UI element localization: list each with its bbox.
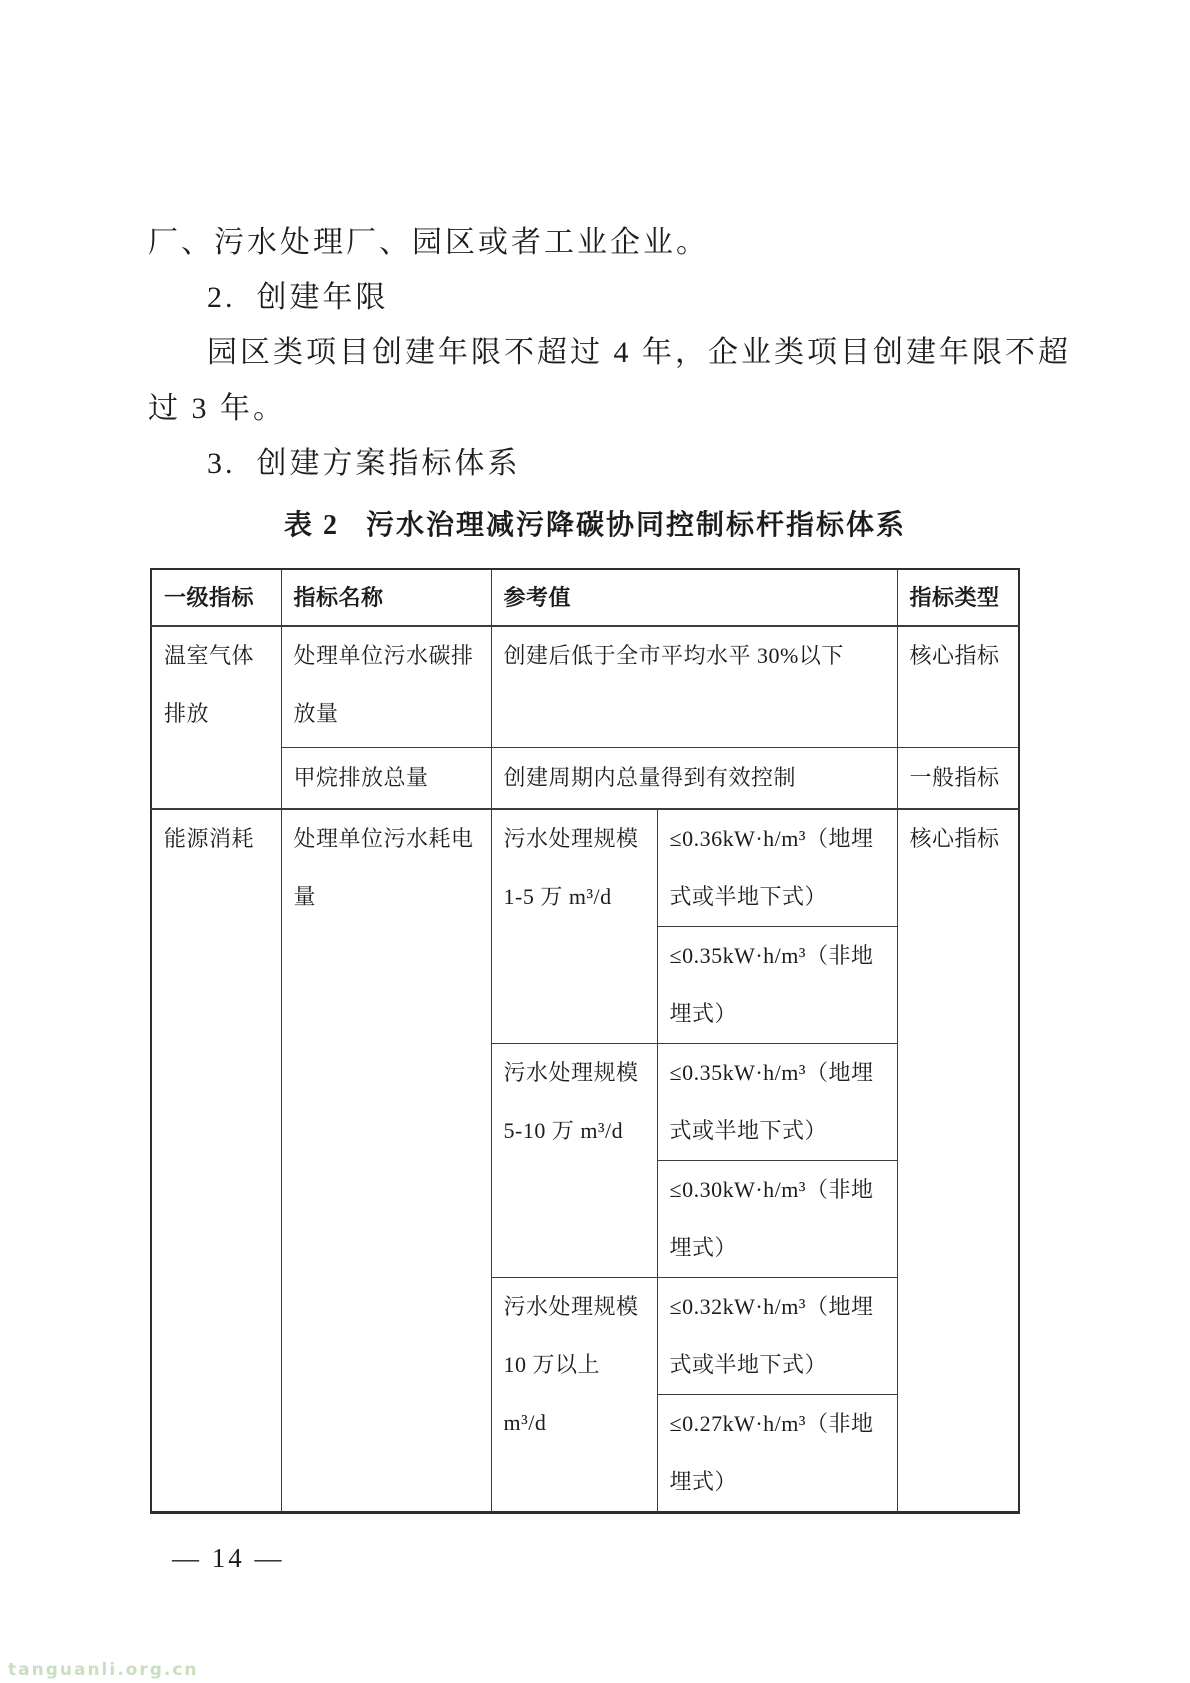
cell-carbon-reference: 创建后低于全市平均水平 30%以下 [491,626,897,748]
document-page: 厂、污水处理厂、园区或者工业企业。 2. 创建年限 园区类项目创建年限不超过 4… [0,0,1190,1683]
table-caption: 表 2 污水治理减污降碳协同控制标杆指标体系 [0,503,1190,543]
cell-carbon-type: 核心指标 [897,626,1019,748]
header-indicator-type: 指标类型 [897,569,1019,626]
cell-carbon-name: 处理单位污水碳排放量 [281,626,491,748]
cell-methane-type: 一般指标 [897,748,1019,810]
table-row: 能源消耗 处理单位污水耗电量 污水处理规模 1-5 万 m³/d ≤0.36kW… [151,809,1019,927]
cell-scale-2: 污水处理规模 5-10 万 m³/d [491,1044,657,1278]
numbered-heading-2: 2. 创建年限 [207,281,389,315]
cell-greenhouse-level1: 温室气体排放 [151,626,281,809]
cell-scale-2-nonburied: ≤0.30kW·h/m³（非地埋式） [657,1161,897,1278]
cell-energy-level1: 能源消耗 [151,809,281,1513]
numbered-heading-3: 3. 创建方案指标体系 [207,447,521,481]
header-reference-value: 参考值 [491,569,897,626]
page-number: — 14 — [172,1543,285,1574]
table-row: 甲烷排放总量 创建周期内总量得到有效控制 一般指标 [151,748,1019,810]
paragraph-line: 厂、污水处理厂、园区或者工业企业。 [148,226,709,260]
cell-energy-type: 核心指标 [897,809,1019,1513]
paragraph-line: 园区类项目创建年限不超过 4 年，企业类项目创建年限不超 [207,336,1071,370]
paragraph-line: 过 3 年。 [148,392,286,426]
cell-energy-name: 处理单位污水耗电量 [281,809,491,1513]
cell-methane-reference: 创建周期内总量得到有效控制 [491,748,897,810]
cell-scale-1-nonburied: ≤0.35kW·h/m³（非地埋式） [657,927,897,1044]
table-header-row: 一级指标 指标名称 参考值 指标类型 [151,569,1019,626]
header-indicator-name: 指标名称 [281,569,491,626]
cell-scale-1-buried: ≤0.36kW·h/m³（地埋式或半地下式） [657,809,897,927]
watermark: tanguanli.org.cn [8,1660,199,1680]
cell-scale-3-nonburied: ≤0.27kW·h/m³（非地埋式） [657,1395,897,1513]
indicator-table: 一级指标 指标名称 参考值 指标类型 温室气体排放 处理单位污水碳排放量 创建后… [150,568,1020,1514]
table-row: 温室气体排放 处理单位污水碳排放量 创建后低于全市平均水平 30%以下 核心指标 [151,626,1019,748]
cell-scale-3: 污水处理规模 10 万以上 m³/d [491,1278,657,1513]
cell-methane-name: 甲烷排放总量 [281,748,491,810]
cell-scale-2-buried: ≤0.35kW·h/m³（地埋式或半地下式） [657,1044,897,1161]
cell-scale-1: 污水处理规模 1-5 万 m³/d [491,809,657,1044]
cell-scale-3-buried: ≤0.32kW·h/m³（地埋式或半地下式） [657,1278,897,1395]
header-level1-indicator: 一级指标 [151,569,281,626]
